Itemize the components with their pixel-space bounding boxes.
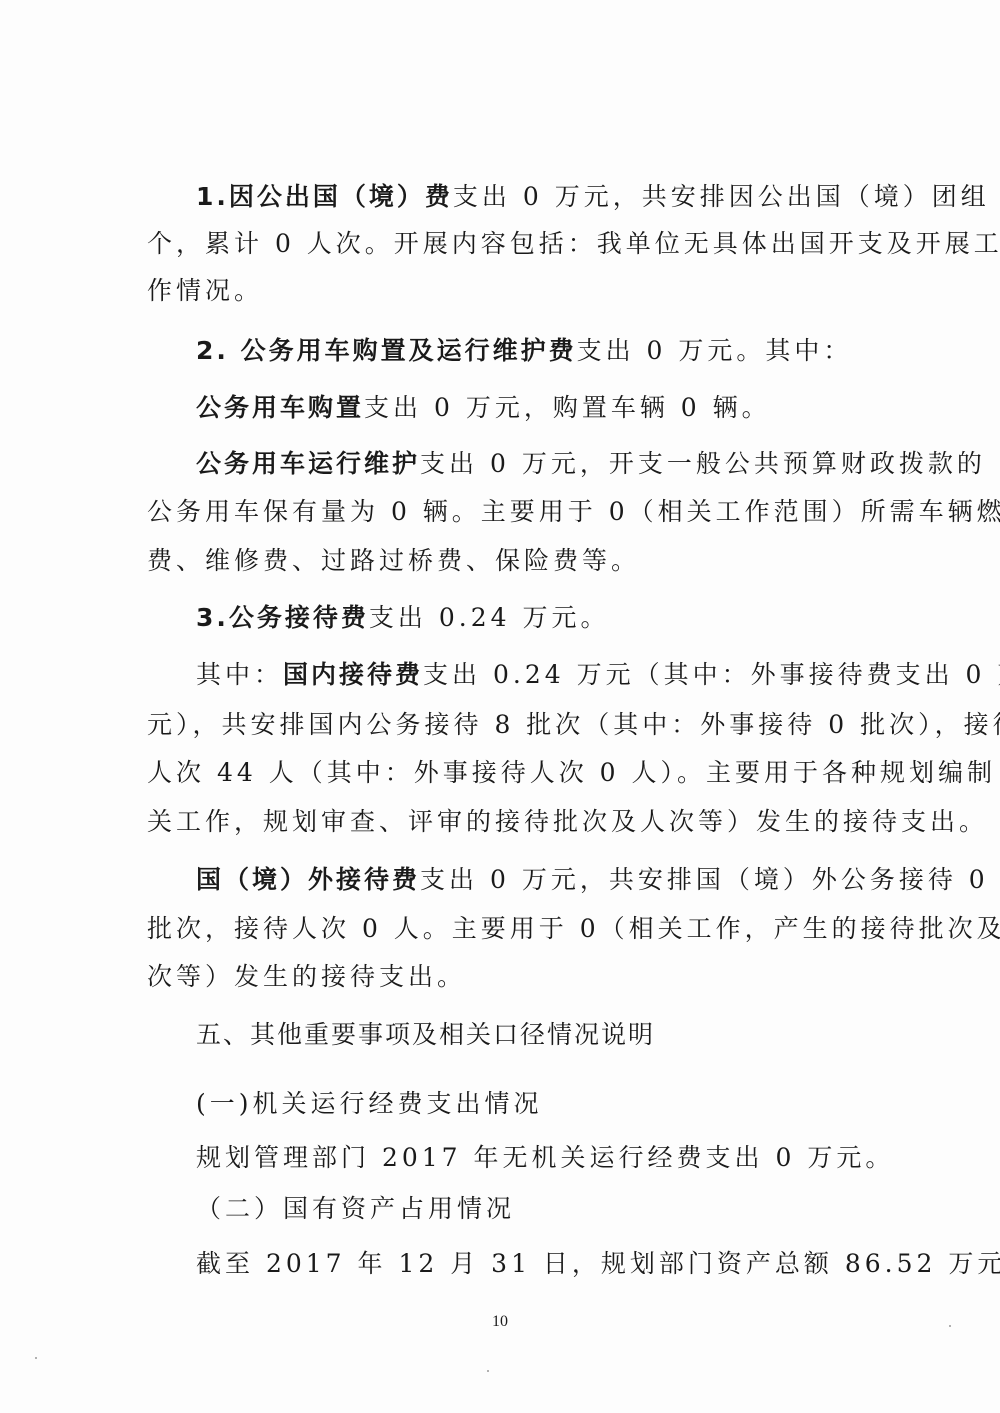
text-segment: （二）国有资产占用情况: [196, 1194, 515, 1223]
text-segment: 其中：: [196, 660, 283, 689]
text-segment: 支出 0 万元，购置车辆 0 辆。: [364, 393, 771, 422]
scan-speck: [35, 1357, 37, 1359]
text-line: 1.因公出国（境）费支出 0 万元，共安排因公出国（境）团组 0: [196, 182, 1000, 212]
text-line: 次等）发生的接待支出。: [147, 962, 466, 992]
text-segment: 支出 0.24 万元（其中：外事接待费支出 0 万: [423, 660, 1000, 689]
bold-term: 公务用车运行维护: [196, 449, 420, 478]
text-line: (一)机关运行经费支出情况: [196, 1089, 543, 1119]
text-line: 国（境）外接待费支出 0 万元，共安排国（境）外公务接待 0: [196, 865, 989, 895]
text-line: 2. 公务用车购置及运行维护费支出 0 万元。其中：: [196, 336, 852, 366]
bold-term: 3.公务接待费: [196, 603, 369, 632]
text-line: 批次，接待人次 0 人。主要用于 0（相关工作，产生的接待批次及人: [147, 914, 1000, 944]
text-line: 五、其他重要事项及相关口径情况说明: [196, 1020, 655, 1050]
text-line: 公务用车保有量为 0 辆。主要用于 0（相关工作范围）所需车辆燃料: [147, 497, 1000, 527]
text-line: 个，累计 0 人次。开展内容包括：我单位无具体出国开支及开展工: [147, 229, 1000, 259]
text-line: 人次 44 人（其中：外事接待人次 0 人）。主要用于各种规划编制（相: [147, 758, 1000, 788]
page-number: 10: [0, 1313, 1000, 1331]
text-segment: 个，累计 0 人次。开展内容包括：我单位无具体出国开支及开展工: [147, 229, 1000, 258]
text-segment: 批次，接待人次 0 人。主要用于 0（相关工作，产生的接待批次及人: [147, 914, 1000, 943]
bold-term: 国内接待费: [283, 660, 423, 689]
text-line: 3.公务接待费支出 0.24 万元。: [196, 603, 609, 633]
text-segment: 支出 0 万元，共安排国（境）外公务接待 0: [420, 865, 989, 894]
text-segment: 支出 0 万元。其中：: [577, 336, 853, 365]
text-segment: 支出 0 万元，共安排因公出国（境）团组 0: [453, 182, 1000, 211]
text-segment: 支出 0 万元，开支一般公共预算财政拨款的: [420, 449, 986, 478]
text-line: 公务用车运行维护支出 0 万元，开支一般公共预算财政拨款的: [196, 449, 986, 479]
text-line: 元），共安排国内公务接待 8 批次（其中：外事接待 0 批次），接待: [147, 710, 1000, 740]
text-segment: 作情况。: [147, 276, 263, 305]
text-line: 截至 2017 年 12 月 31 日，规划部门资产总额 86.52 万元，其中…: [196, 1249, 1000, 1279]
text-segment: 元），共安排国内公务接待 8 批次（其中：外事接待 0 批次），接待: [147, 710, 1000, 739]
text-line: 关工作，规划审查、评审的接待批次及人次等）发生的接待支出。: [147, 807, 988, 837]
scan-speck: [949, 1325, 951, 1327]
text-segment: 次等）发生的接待支出。: [147, 962, 466, 991]
text-segment: 人次 44 人（其中：外事接待人次 0 人）。主要用于各种规划编制（相: [147, 758, 1000, 787]
scan-speck: [487, 1370, 489, 1372]
text-segment: 公务用车保有量为 0 辆。主要用于 0（相关工作范围）所需车辆燃料: [147, 497, 1000, 526]
bold-term: 国（境）外接待费: [196, 865, 420, 894]
text-line: 公务用车购置支出 0 万元，购置车辆 0 辆。: [196, 393, 771, 423]
text-line: 作情况。: [147, 276, 263, 306]
text-line: 其中：国内接待费支出 0.24 万元（其中：外事接待费支出 0 万: [196, 660, 1000, 690]
text-line: 费、维修费、过路过桥费、保险费等。: [147, 546, 640, 576]
text-segment: 费、维修费、过路过桥费、保险费等。: [147, 546, 640, 575]
section-heading: 五、其他重要事项及相关口径情况说明: [196, 1020, 655, 1049]
text-line: 规划管理部门 2017 年无机关运行经费支出 0 万元。: [196, 1143, 894, 1173]
text-segment: 规划管理部门 2017 年无机关运行经费支出 0 万元。: [196, 1143, 894, 1172]
text-line: （二）国有资产占用情况: [196, 1194, 515, 1224]
bold-term: 公务用车购置: [196, 393, 364, 422]
document-page: 1.因公出国（境）费支出 0 万元，共安排因公出国（境）团组 0个，累计 0 人…: [0, 0, 1000, 1413]
text-segment: 支出 0.24 万元。: [369, 603, 610, 632]
text-segment: 关工作，规划审查、评审的接待批次及人次等）发生的接待支出。: [147, 807, 988, 836]
text-segment: (一)机关运行经费支出情况: [196, 1089, 543, 1118]
text-segment: 截至 2017 年 12 月 31 日，规划部门资产总额 86.52 万元，其中…: [196, 1249, 1000, 1278]
bold-term: 1.因公出国（境）费: [196, 182, 453, 211]
bold-term: 2. 公务用车购置及运行维护费: [196, 336, 577, 365]
